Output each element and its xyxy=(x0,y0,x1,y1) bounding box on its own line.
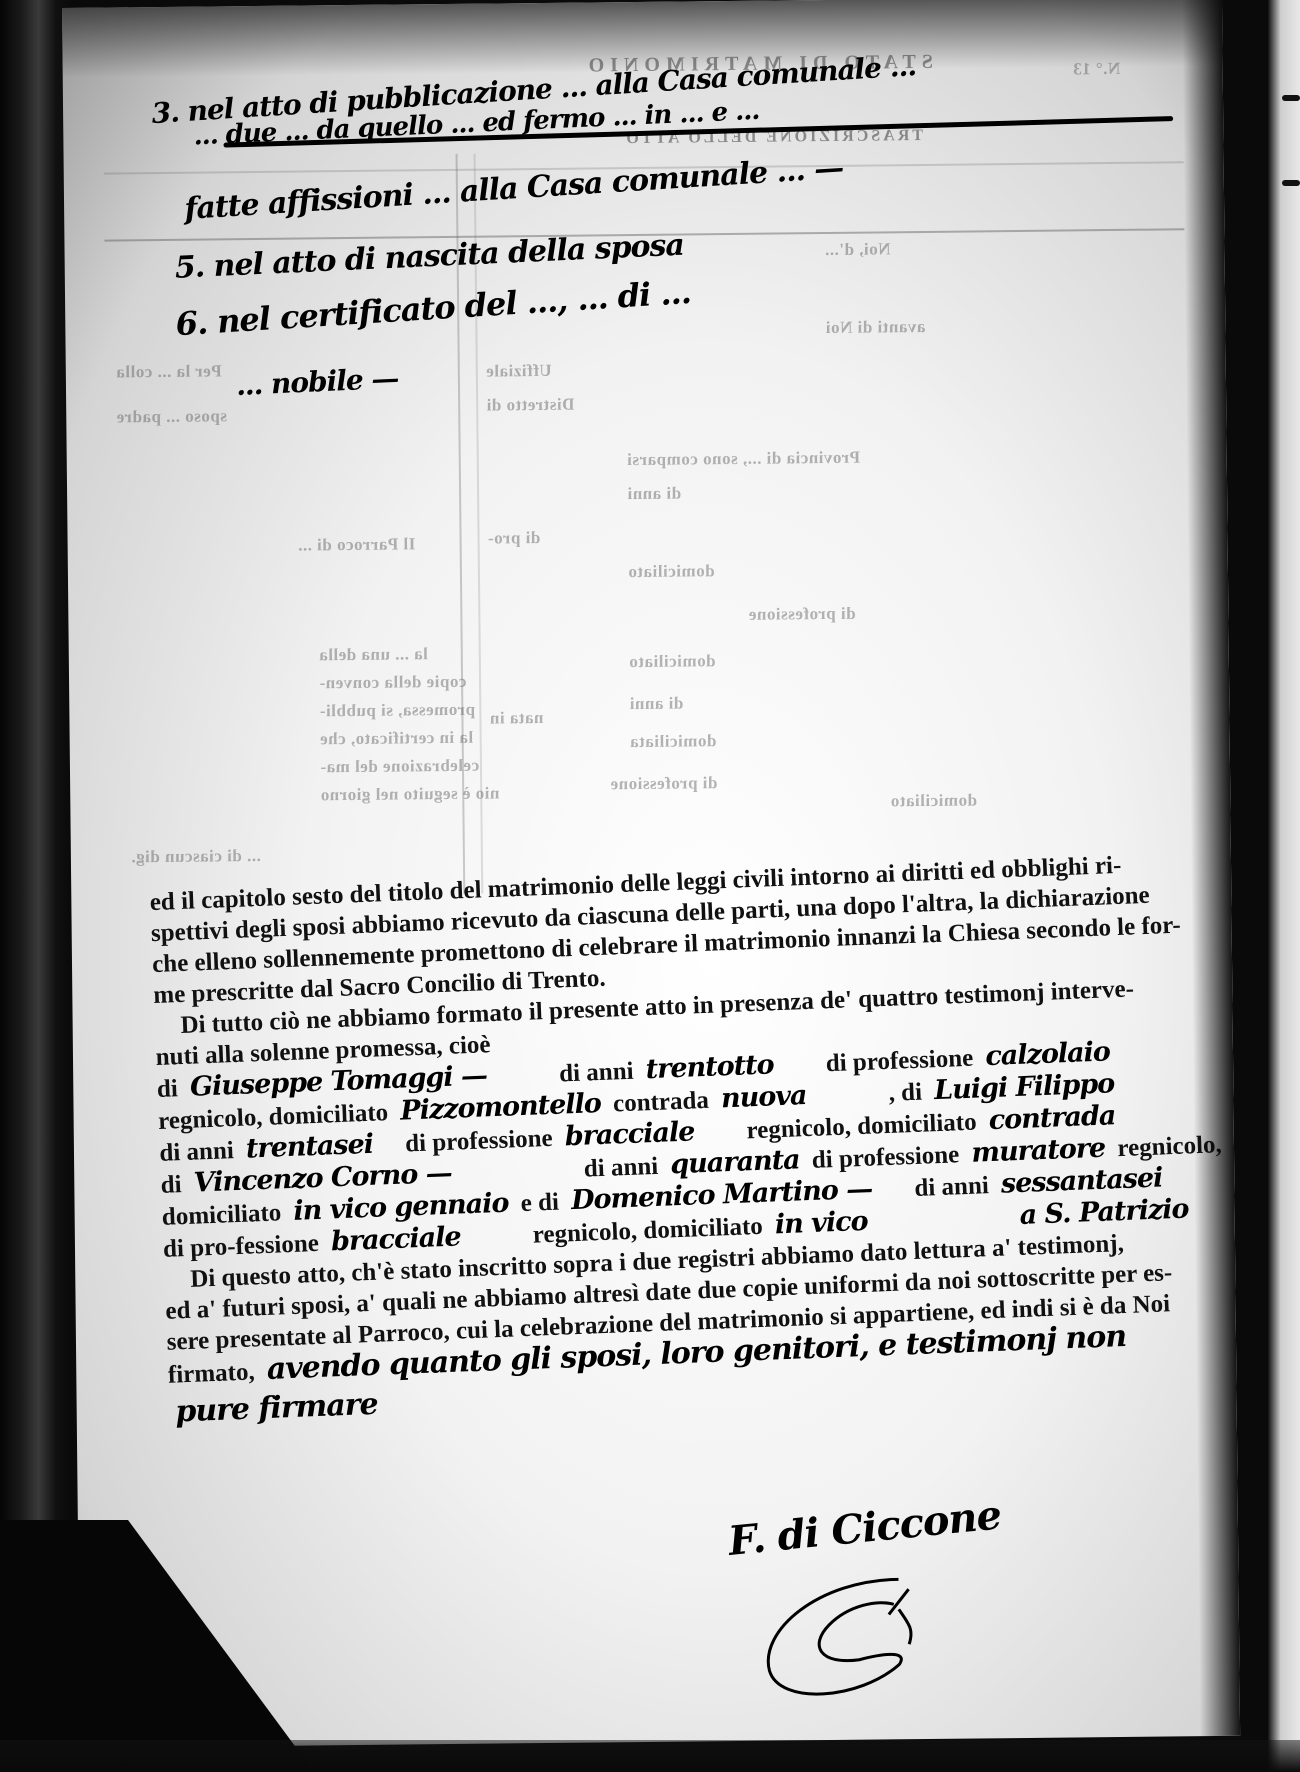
bleed-right-line: domiciliato xyxy=(629,651,716,672)
official-signature: F. di Ciccone xyxy=(726,1491,1003,1564)
label: firmato, xyxy=(167,1358,255,1388)
label: domiciliato xyxy=(161,1199,281,1231)
label: di anni xyxy=(499,1058,634,1090)
bleed-left-line: la in certificato, che xyxy=(320,728,474,750)
witness-2-age: trentasei xyxy=(239,1129,379,1165)
bleed-right-line: di professione xyxy=(748,604,856,625)
witness-2-profession: bracciale xyxy=(558,1116,701,1152)
bleed-right-line: di anni xyxy=(629,694,683,715)
label: di xyxy=(156,1075,178,1103)
bleed-right-line: di pro- xyxy=(487,528,540,549)
bleed-left-line: Il Parroco di ... xyxy=(298,534,416,555)
label: contrada xyxy=(613,1087,710,1118)
printed-body-text: ed il capitolo sesto del titolo del matr… xyxy=(149,846,1229,1429)
ink-mark xyxy=(1282,95,1300,101)
page-number-bleed: N.° 13 xyxy=(1073,59,1121,79)
witness-4-profession: bracciale xyxy=(324,1221,467,1257)
label: , di xyxy=(818,1079,922,1110)
signature-flourish-icon xyxy=(748,1569,949,1711)
bleed-right-line: Distretto di xyxy=(486,395,575,416)
bleed-left-line: la ... una della xyxy=(319,644,428,665)
bleed-right-line: domiciliato xyxy=(628,561,715,582)
bleed-right-line: Uffiziale xyxy=(486,361,552,382)
bleed-right-line: domiciliata xyxy=(630,731,717,752)
ink-mark xyxy=(1282,180,1300,186)
label: di anni xyxy=(884,1172,989,1203)
handwritten-annotation-line: fatte affissioni ... alla Casa comunale … xyxy=(183,151,844,227)
label: di xyxy=(160,1171,182,1199)
bleed-left-line: Per la ... colla xyxy=(116,361,222,382)
label: di pro-fessione xyxy=(163,1230,320,1263)
bleed-right-line: Noi, d'... xyxy=(824,239,890,260)
witness-2-domicile: contrada xyxy=(982,1100,1122,1136)
bleed-left-line: copie della conven- xyxy=(319,672,467,694)
bleed-right-line: domiciliato xyxy=(890,790,977,811)
next-page-edge xyxy=(1268,0,1300,1772)
bleed-left-line: nio è seguito nel giorno xyxy=(320,783,499,805)
book-binding-left xyxy=(0,0,70,1772)
bleed-left-line: celebrazione del ma- xyxy=(320,756,479,778)
bleed-right-line: avanti di Noi xyxy=(825,317,925,338)
bleed-left-line: sposo ... padre xyxy=(116,406,227,427)
register-page: STATO DI MATRIMONIO TRASCRIZIONE DELLO A… xyxy=(62,0,1240,1748)
page-right-edge xyxy=(1182,0,1240,1736)
witness-1-age: trentotto xyxy=(639,1049,780,1085)
label: e di xyxy=(520,1189,559,1217)
witness-3-profession: muratore xyxy=(965,1132,1112,1169)
bleed-left-line: promessa, si pubbli- xyxy=(319,700,475,722)
label: di professione xyxy=(811,1141,959,1174)
witness-4-domicile: in vico xyxy=(768,1206,874,1241)
bleed-right-line: nata in xyxy=(489,708,543,729)
handwritten-annotation-line: ... nobile — xyxy=(235,362,399,402)
witness-1-street: nuova xyxy=(714,1080,813,1115)
label: di professione xyxy=(385,1125,553,1158)
bleed-right-line: di anni xyxy=(627,484,681,505)
witness-1-profession: calzolaio xyxy=(979,1036,1117,1072)
handwritten-closing-2: pure firmare xyxy=(169,1387,384,1430)
handwritten-annotation-6: 6. nel certificato del ..., ... di ... xyxy=(174,273,691,343)
bleed-left-line: ... di ciascun dig. xyxy=(131,846,261,867)
bleed-right-line: Provincia di ..., sono comparsi xyxy=(627,448,861,470)
bottom-shadow xyxy=(0,1740,1300,1772)
label: di anni xyxy=(159,1137,234,1167)
witness-3-age: quaranta xyxy=(664,1144,806,1180)
bleed-right-line: di professione xyxy=(610,773,718,794)
